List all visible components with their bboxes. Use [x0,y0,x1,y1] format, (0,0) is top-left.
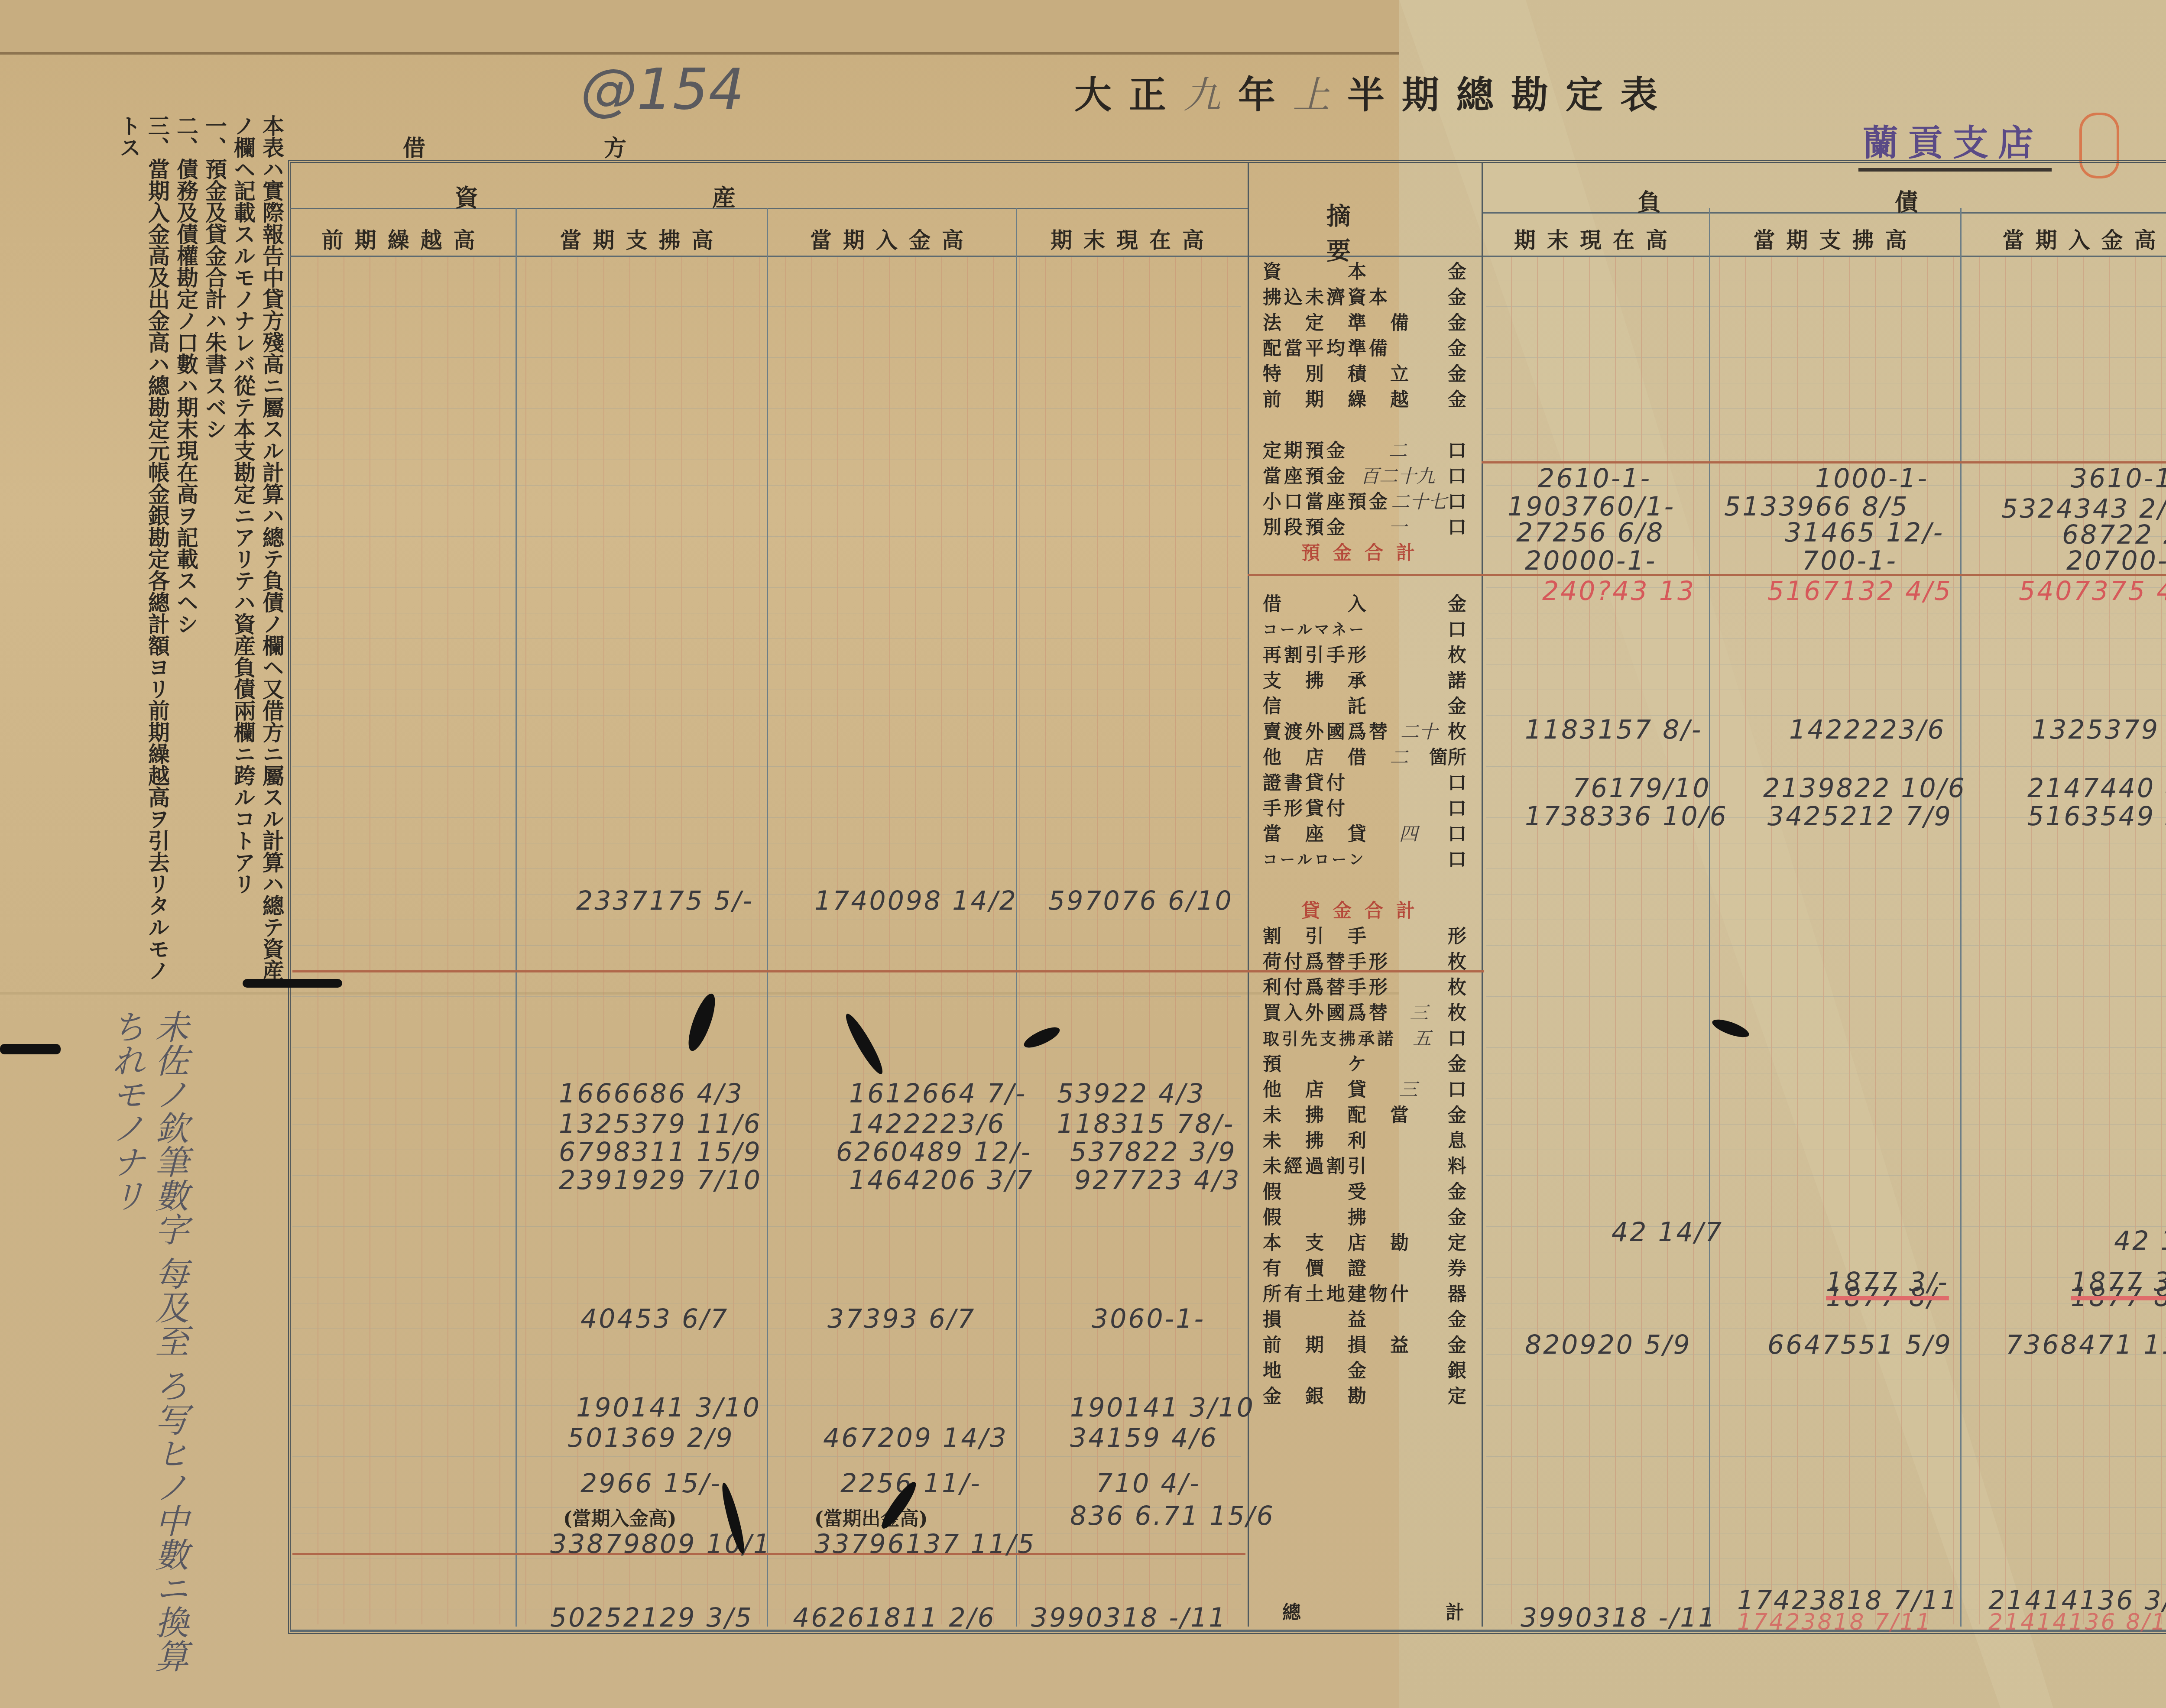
fx-bought-paid: 6260489 12/- [836,1137,1032,1167]
item-unpaid-dividends: 未 拂 配 當金 [1263,1101,1466,1127]
special-deposit-paid: 700-1- [1802,546,1897,576]
item-call-money: コールマネー口 [1263,616,1466,641]
item-borrowings: 借 入金 [1263,590,1466,616]
suspense-paid-struck: 1877 8/- [1826,1282,1949,1313]
instruction-2: 二、債務及債權勘定ノ口數ハ期末現在高ヲ記載スヘシ [172,115,200,981]
top-edge-strip [0,0,1399,55]
item-payment-acceptance: 支 拂 承諾 [1263,667,1466,692]
liability-col-divider-2 [1960,208,1962,1627]
column-header-divider [290,256,2166,257]
ink-blot [0,1044,61,1054]
suspense-received-struck: 1877 8/- [2071,1282,2166,1313]
other-branch-borrowing-end: 1738336 10/6 [1525,801,1728,832]
item-land-buildings-fixtures: 所有土地建物什器 [1263,1280,1466,1306]
property-received: 34159 4/6 [1070,1423,1219,1453]
documentary-bills-received: 118315 78/- [1057,1109,1235,1139]
asset-col-divider-3 [1016,208,1017,1627]
payment-acceptance-end: 1183157 8/- [1525,715,1702,745]
item-call-loan: コールローン口 [1263,846,1466,871]
small-deposit-end: 27256 6/8 [1516,518,1665,548]
small-deposit-paid: 31465 12/- [1785,518,1944,548]
profit-loss-received: 710 4/- [1096,1468,1201,1499]
item-deposits-placed: 預 ケ金 [1263,1050,1466,1076]
securities-received: 190141 3/10 [1070,1393,1255,1423]
title-half: 上 [1293,74,1347,117]
asset-col-divider-2 [767,208,768,1627]
item-overdrafts: 當 座 貸四口 [1263,820,1466,846]
item-brought-forward: 前 期 繰 越金 [1263,386,1466,411]
documentary-bills-carried: 1325379 11/6 [559,1109,762,1139]
asset-grand-total-paid: 46261811 2/6 [793,1603,996,1633]
securities-carried: 190141 3/10 [576,1393,761,1423]
asset-grand-total-received: 3990318 -/11 [1031,1603,1227,1633]
item-foreign-exchange-sold: 賣渡外國爲替二十枚 [1263,718,1466,743]
liability-grand-total-paid-red: 17423818 7/11 [1737,1609,1932,1635]
instruction-1: 一、預金及貸金合計ハ朱書スベシ [200,115,229,981]
item-fixed-deposit: 定期預金二口 [1263,437,1466,462]
item-securities: 有 價 證券 [1263,1254,1466,1280]
deposit-total-paid: 5167132 4/5 [1767,576,1952,606]
client-acceptance-received: 927723 4/3 [1074,1165,1241,1196]
handwritten-margin-note: 未佐ノ欽筆數字 每及至 ろ写ヒノ中數ニ換算ちれモノナリ [104,1009,191,1681]
pencil-reference-number: @154 [580,56,744,122]
item-deposit-total: 預金合計 [1263,539,1466,564]
property-paid: 467209 14/3 [823,1423,1008,1453]
instructions-heading: 本表ハ實際報告中貸方殘高ニ屬スル計算ハ總テ負債ノ欄ヘ又借方ニ屬スル計算ハ總テ資産… [229,115,286,981]
asset-group-divider [290,208,1248,209]
outgo-total-label: (當期出金高) [814,1503,928,1531]
unpaid-interest-paid: 37393 6/7 [827,1304,976,1334]
item-dividend-reserve: 配當平均準備金 [1263,334,1466,360]
liability-col-period-end: 期末現在高 [1484,223,1709,254]
item-profit-loss: 損 益金 [1263,1306,1466,1331]
item-certificate-loans: 證書貸付口 [1263,769,1466,794]
asset-grand-total-carried: 50252129 3/5 [550,1603,753,1633]
profit-loss-carried: 2966 15/- [580,1468,722,1499]
liability-col-divider-1 [1709,208,1710,1627]
item-small-current-deposit: 小口當座預金二十七口 [1263,488,1466,513]
outgo-total-value: 33796137 11/5 [814,1529,1036,1559]
discounted-bills-paid: 1612664 7/- [849,1079,1027,1109]
account-item-list: 資 本金 拂込未濟資本金 法 定 準 備金 配當平均準備金 特 別 積 立金 前… [1263,258,1466,1408]
asset-col-received: 當期入金高 [769,223,1016,254]
asset-col-carried-forward: 前期繰越高 [292,223,516,254]
liability-ruling [1486,256,2166,1624]
item-suspense-payments: 假 拂金 [1263,1203,1466,1229]
item-rediscounted-bills: 再割引手形枚 [1263,641,1466,667]
title-main: 半期總勘定表 [1347,73,1675,117]
liability-col-received: 當期入金高 [1962,223,2166,254]
call-loan-received: 597076 6/10 [1048,886,1233,916]
head-branch-end: 820920 5/9 [1525,1330,1692,1360]
fx-bought-carried: 6798311 15/9 [559,1137,762,1167]
item-spacer [1263,871,1466,897]
item-spacer [1263,564,1466,590]
item-prior-profit-loss: 前 期 損 益金 [1263,1331,1466,1357]
item-foreign-exchange-bought: 買入外國爲替三枚 [1263,999,1466,1024]
item-capital: 資 本金 [1263,258,1466,283]
item-head-branch-account: 本 支 店 勘定 [1263,1229,1466,1254]
liability-grand-total-received-red: 21414136 8/10 [1988,1609,2166,1635]
title-era: 大正 [1074,73,1184,117]
fx-bought-received: 537822 3/9 [1070,1137,1237,1167]
item-suspense-receipts: 假 受金 [1263,1178,1466,1203]
item-bullion: 地 金銀 [1263,1357,1466,1382]
bullion-received: 836 6.71 15/6 [1070,1501,1275,1531]
documentary-bills-paid: 1422223/6 [849,1109,1006,1139]
fx-sold-paid: 2139822 10/6 [1763,773,1966,804]
payment-acceptance-paid: 1422223/6 [1789,715,1946,745]
item-bill-loans: 手形貸付口 [1263,794,1466,820]
special-deposit-end: 20000-1- [1525,546,1657,576]
grand-total-label: 總計 [1274,1598,1482,1624]
instructions-text: 本表ハ實際報告中貸方殘高ニ屬スル計算ハ總テ負債ノ欄ヘ又借方ニ屬スル計算ハ總テ資産… [173,115,286,981]
liabilities-group-header: 負 債 [1637,184,1918,217]
item-cash-account: 金 銀 勘定 [1263,1382,1466,1408]
item-other-branch-lending: 他 店 貸三口 [1263,1076,1466,1101]
fx-sold-received: 2147440 4/4 [2027,773,2166,804]
document-title: 大正九年上半期總勘定表 [1074,65,1675,119]
item-discounted-bills: 割 引 手形 [1263,922,1466,948]
item-legal-reserve: 法 定 準 備金 [1263,309,1466,334]
call-loan-paid: 1740098 14/2 [814,886,1018,916]
unpaid-interest-carried: 40453 6/7 [580,1304,729,1334]
client-acceptance-paid: 1464206 3/7 [849,1165,1034,1196]
special-deposit-received: 20700-1- [2066,546,2166,576]
payment-acceptance-received: 1325379 11/6 [2032,715,2166,745]
assets-group-header: 資 産 [455,180,736,213]
fixed-deposit-received: 3610-1- [2071,463,2166,494]
ink-blot [243,979,342,988]
fixed-deposit-end: 2610-1- [1538,463,1651,494]
call-loan-carried: 2337175 5/- [576,886,754,916]
item-special-reserve: 特 別 積 立金 [1263,360,1466,386]
item-other-branch-borrowing: 他 店 借二箇所 [1263,743,1466,769]
unpaid-interest-end: 42 14/7 [1612,1217,1723,1248]
liability-col-paid: 當期支拂高 [1711,223,1960,254]
title-year-suffix: 年 [1238,73,1293,117]
unpaid-interest-asset-received: 3060-1- [1092,1304,1205,1334]
item-special-deposit: 別段預金一口 [1263,513,1466,539]
fixed-deposit-paid: 1000-1- [1815,463,1929,494]
item-current-deposit: 當座預金百二十九口 [1263,462,1466,488]
property-carried: 501369 2/9 [567,1423,734,1453]
other-branch-borrowing-paid: 3425212 7/9 [1767,801,1952,832]
head-branch-received: 7368471 11/6 [2006,1330,2166,1360]
item-unearned-discount: 未經過割引料 [1263,1152,1466,1178]
item-unpaid-interest: 未 拂 利息 [1263,1127,1466,1152]
summary-column-header: 摘 要 [1248,197,1482,266]
item-documentary-bills: 荷付爲替手形枚 [1263,948,1466,973]
fx-sold-end: 76179/10 [1573,773,1711,804]
other-branch-borrowing-received: 5163549 2/3 [2027,801,2166,832]
debit-side-label: 借 方 [403,130,704,162]
discounted-bills-received: 53922 4/3 [1057,1079,1206,1109]
deposit-total-received: 5407375 4/8 [2019,576,2166,606]
asset-col-period-end: 期末現在高 [1018,223,1248,254]
item-spacer [1263,411,1466,437]
item-trust: 信 託金 [1263,692,1466,718]
title-year: 九 [1184,74,1238,117]
discounted-bills-carried: 1666686 4/3 [559,1079,744,1109]
asset-col-divider-1 [516,208,517,1627]
item-interest-bearing-bills: 利付爲替手形枚 [1263,973,1466,999]
summary-liability-divider [1482,162,1483,1627]
item-loan-total: 貸金合計 [1263,897,1466,922]
head-branch-paid: 6647551 5/9 [1767,1330,1952,1360]
liability-grand-total-end: 3990318 -/11 [1521,1603,1717,1633]
instruction-3: 三、當期入金高及出金高ハ總勘定元帳金銀勘定各總計額ヨリ前期繰越高ヲ引去リタルモノ… [114,115,172,981]
client-acceptance-carried: 2391929 7/10 [559,1165,762,1196]
income-total-label: (當期入金高) [563,1503,677,1531]
deposit-total-end: 240?43 13 [1542,576,1696,606]
item-client-acceptance: 取引先支拂承諾五口 [1263,1024,1466,1050]
item-unpaid-capital: 拂込未濟資本金 [1263,283,1466,309]
unpaid-interest-received: 42 14/7 [2114,1226,2166,1256]
asset-col-paid: 當期支拂高 [518,223,767,254]
